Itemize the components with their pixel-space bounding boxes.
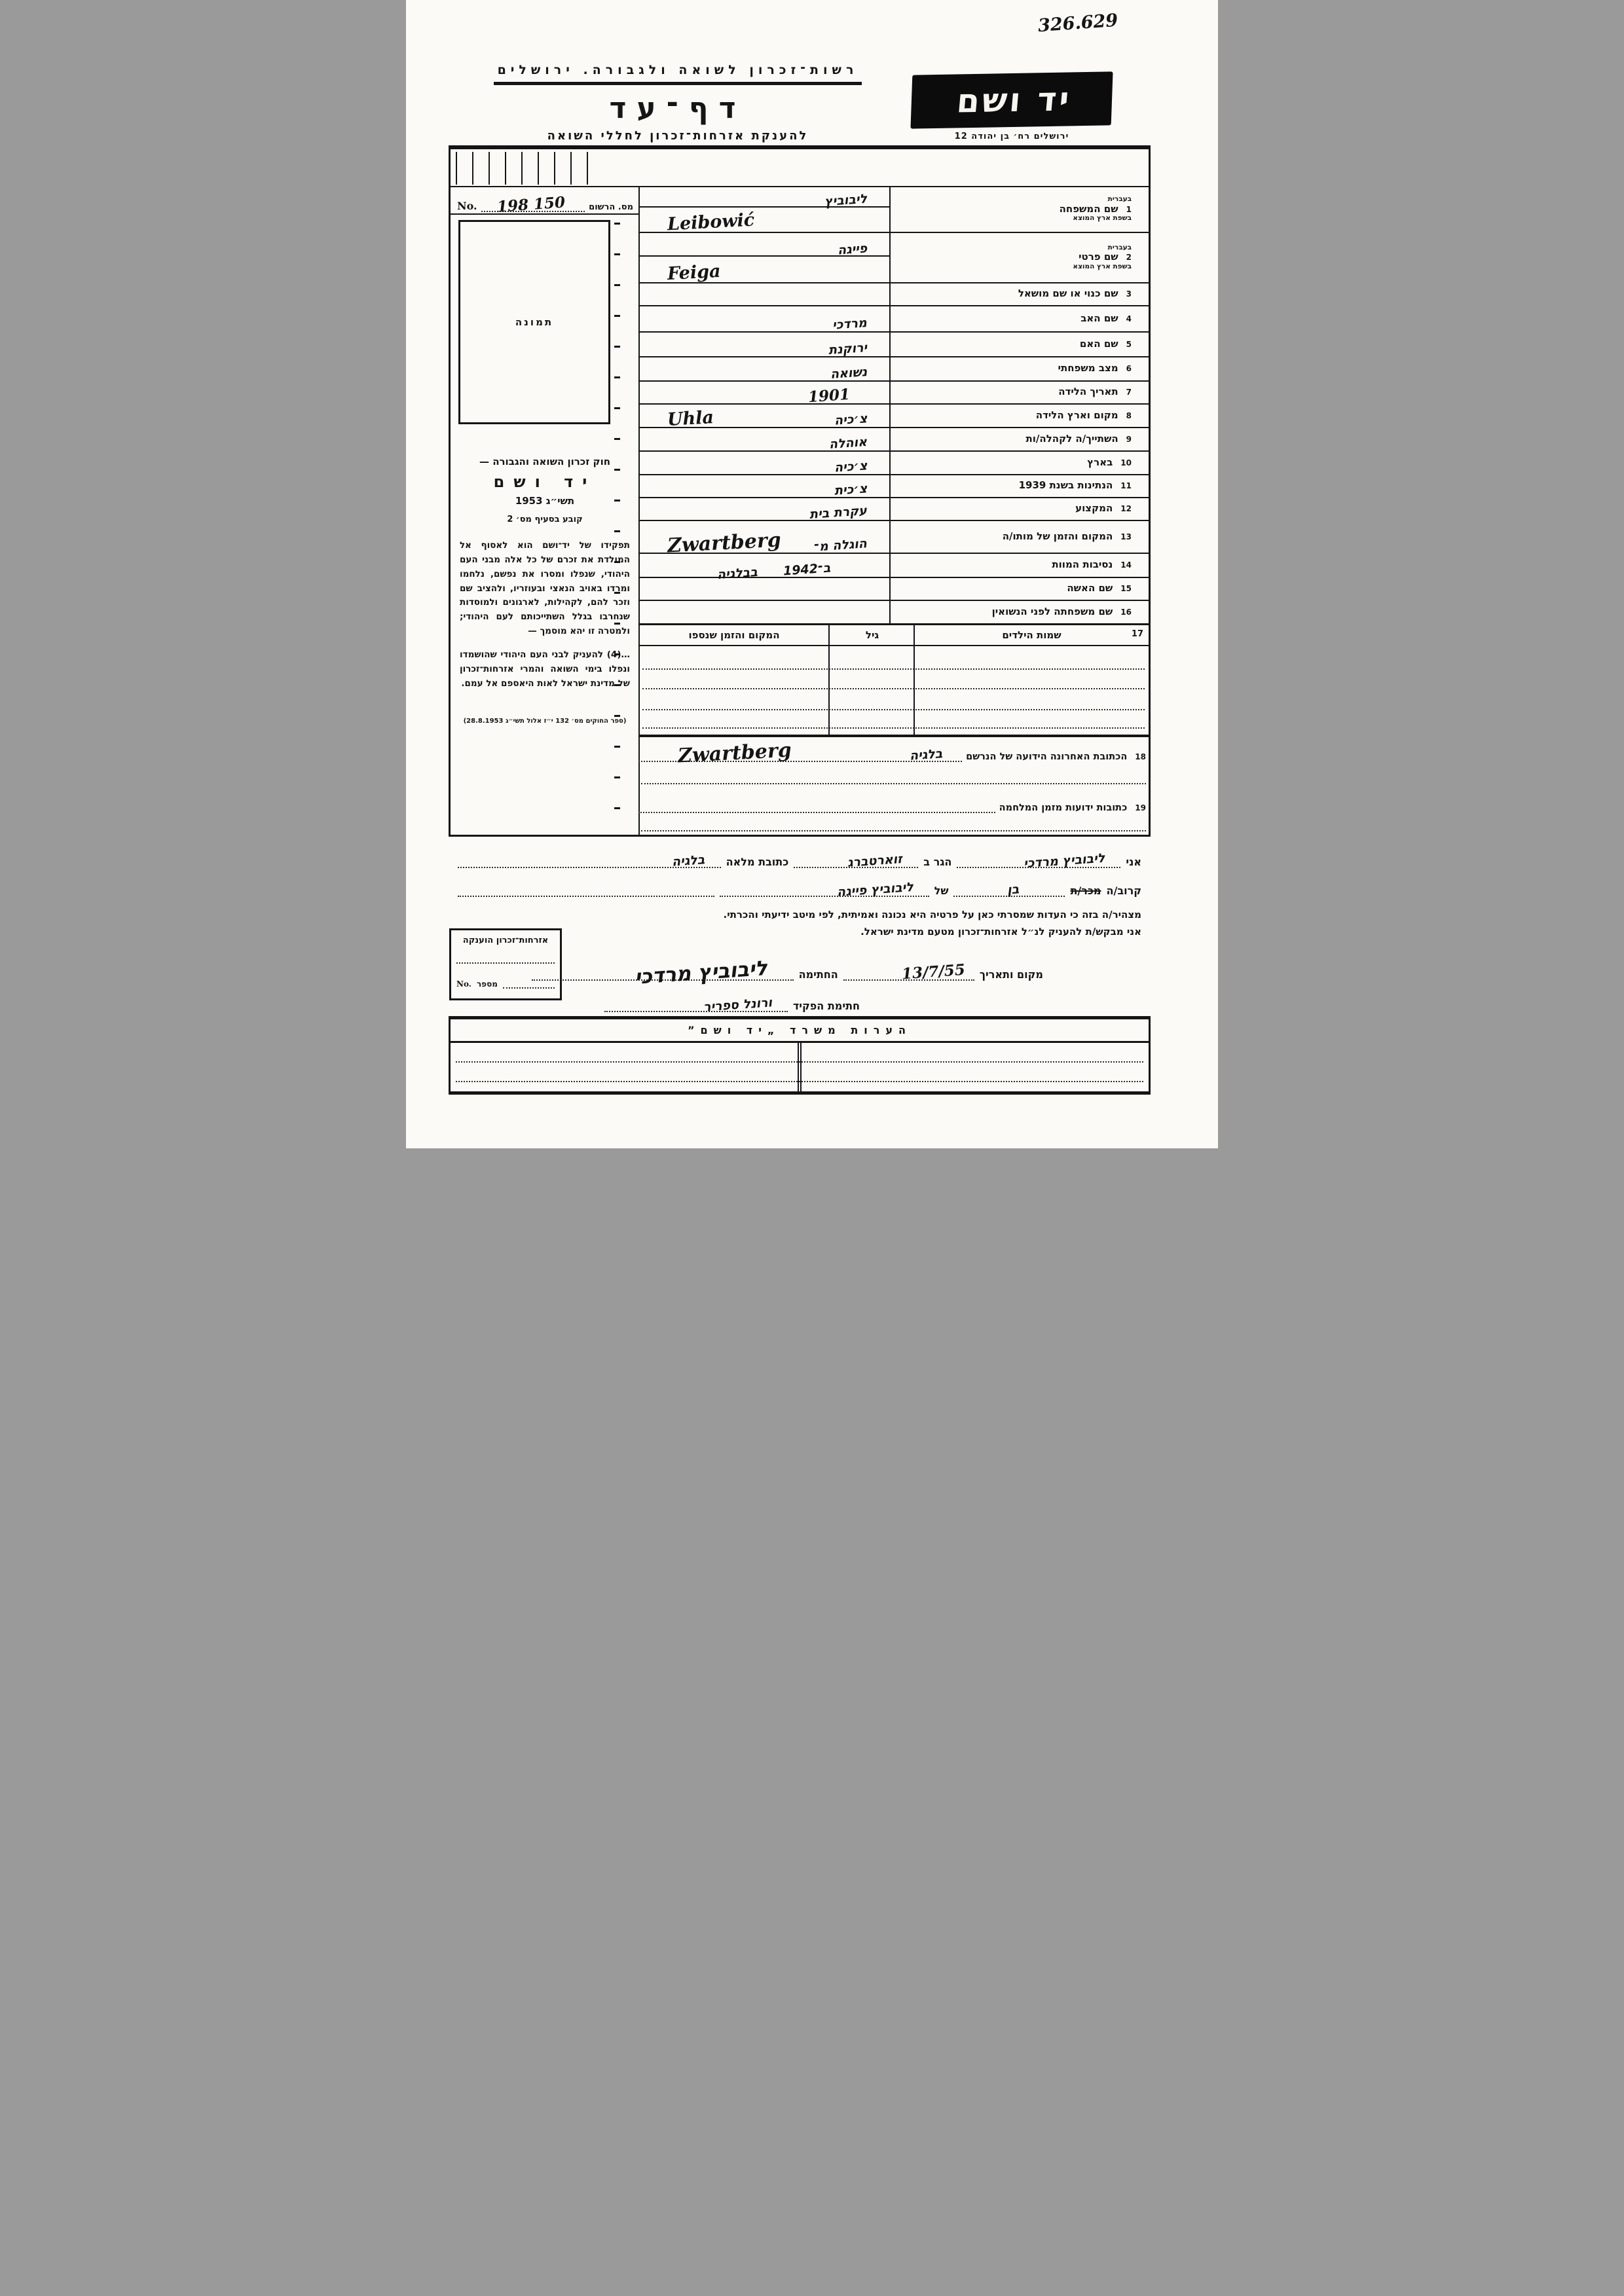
table-empty-row: [642, 709, 1145, 710]
struck-acquaintance-label: מכר/ת: [1070, 884, 1101, 897]
handwriting-last-address-hebrew: בלגיה: [909, 746, 943, 763]
handwriting-declarant-name: ליבוביץ מרדכי: [1023, 851, 1105, 871]
field-6-value: נשואה: [638, 357, 889, 380]
field-row-5: 5שם האם ירוקנת: [638, 333, 1149, 357]
table-empty-row: [642, 688, 1145, 689]
handwriting-nationality-1939: צ׳כית: [834, 481, 868, 498]
field-18-line: בלגיה Zwartberg: [638, 745, 962, 762]
page-of-testimony-document: 326.629 רשות־זכרון לשואה ולגבורה. ירושלי…: [406, 0, 1218, 1148]
logo-text: יד ושם: [953, 83, 1071, 118]
law-org-name: יד ושם: [460, 473, 630, 491]
field-16-value: [638, 601, 889, 623]
handwriting-surname-hebrew: ליבוביץ: [824, 192, 867, 209]
field-4-value: מרדכי: [638, 306, 889, 331]
handwriting-marital-status: נשואה: [830, 365, 868, 382]
field-13-value: הוגלה מ־ Zwartberg: [638, 521, 889, 553]
handwriting-father-name: מרדכי: [832, 316, 868, 333]
field-row-11: 11הנתינות בשנת 1939 צ׳כית: [638, 475, 1149, 498]
law-year: תשי״ג 1953: [460, 495, 630, 507]
document-header: רשות־זכרון לשואה ולגבורה. ירושלים דף־עד …: [452, 63, 904, 143]
field-15-value: [638, 578, 889, 600]
handwriting-victim-name: ליבוביץ פייגה: [836, 880, 913, 900]
registration-heb-label: מס. הרשום: [589, 202, 633, 212]
table-vline: [828, 625, 830, 735]
handwriting-date: 13/7/55: [901, 961, 965, 983]
field-row-2: בעברית 2שם פרטי בשפת ארץ המוצא פייגה Fei…: [638, 233, 1149, 283]
yad-vashem-logo: יד ושם ירושלים רח׳ בן יהודה 12: [912, 73, 1112, 141]
field-row-16: 16שם משפחתה לפני הנשואין: [638, 601, 1149, 623]
handwriting-birthplace-hebrew: צ׳כיה: [834, 411, 868, 428]
table-vline: [913, 625, 915, 735]
handwriting-surname-latin: Leibowić: [667, 210, 755, 235]
form-box: No. 198 150 מס. הרשום תמונה חוק זכרון הש…: [449, 145, 1151, 837]
victim-name-line: ליבוביץ פייגה: [720, 880, 929, 897]
field-row-9: 9השתייך/ה לקהלה/ות אוהלה: [638, 428, 1149, 452]
law-paragraph-1: תפקידו של יד־ושם הוא לאסוף אל המולדת את …: [460, 539, 630, 639]
page-subtitle: להענקת אזרחות־זכרון לחללי השואה: [452, 129, 904, 143]
handwriting-mother-name: ירוקנת: [828, 340, 868, 357]
field-19-extra-line: [641, 830, 1146, 831]
field-7-value: 1901: [638, 382, 889, 403]
archive-number-handwritten: 326.629: [1037, 10, 1118, 36]
law-citation: (ספר החוקים מס׳ 132 י״ז אלול תשי״ג 28.8.…: [460, 718, 630, 725]
law-clause: קובע בסעיף מס׳ 2: [460, 515, 630, 524]
grant-box-line: [456, 958, 555, 964]
field-row-4: 4שם האב מרדכי: [638, 306, 1149, 333]
authority-line: רשות־זכרון לשואה ולגבורה. ירושלים: [494, 63, 862, 85]
field-5-value: ירוקנת: [638, 333, 889, 356]
handwriting-death-place-latin: Zwartberg: [667, 528, 781, 557]
field-row-14: 14נסיבות המוות ב־1942 בבלגיה: [638, 554, 1149, 578]
office-notes-box: הערות משרד „יד ושם”: [449, 1016, 1151, 1095]
field-11-value: צ׳כית: [638, 475, 889, 497]
field-9-value: אוהלה: [638, 428, 889, 450]
notes-column-divider: [798, 1043, 802, 1091]
field-row-6: 6מצב משפחתי נשואה: [638, 357, 1149, 382]
registration-number-line: 198 150: [481, 195, 585, 212]
field-row-12: 12המקצוע עקרת בית: [638, 498, 1149, 521]
notes-empty-line: [456, 1081, 1143, 1082]
table-empty-row: [642, 668, 1145, 670]
page-title: דף־עד: [452, 92, 904, 125]
declarant-address-line: בלגיה: [458, 851, 721, 868]
handwriting-birth-year: 1901: [807, 386, 851, 406]
date-line: 13/7/55: [843, 964, 974, 981]
fields-area: בעברית 1שם המשפחה בשפת ארץ המוצא ליבוביץ…: [638, 187, 1149, 623]
field-8-value: צ׳כיה Uhla: [638, 405, 889, 427]
field-row-10: 10בארץ צ׳כיה: [638, 452, 1149, 475]
logo-stamp: יד ושם: [910, 71, 1113, 128]
field-10-value: צ׳כיה: [638, 452, 889, 474]
field-1-value: ליבוביץ Leibowić: [638, 187, 889, 232]
table-empty-row: [642, 727, 1145, 729]
law-paragraph-2: …(4) להעניק לבני העם היהודי שהושמדו ונפל…: [460, 648, 630, 691]
handwriting-death-place-hebrew: הוגלה מ־: [813, 536, 867, 555]
handwriting-firstname-hebrew: פייגה: [837, 241, 868, 257]
children-place-header: המקום והזמן שנספו: [638, 625, 830, 645]
declaration-statement: מצהיר/ה בזה כי העדות שמסרתי כאן על פרטיה…: [458, 909, 1141, 920]
field-1-label: בעברית 1שם המשפחה בשפת ארץ המוצא: [889, 187, 1149, 232]
field-2-label: בעברית 2שם פרטי בשפת ארץ המוצא: [889, 233, 1149, 282]
field-row-18: 18הכתובת האחרונה הידועה של הנרשם בלגיה Z…: [638, 737, 1149, 790]
children-table: 17 שמות הילדים גיל המקום והזמן שנספו: [638, 623, 1149, 737]
relation-line-rest: [458, 880, 714, 897]
declarant-residence-line: זוארטברג: [794, 851, 918, 868]
handwriting-declarant-residence: זוארטברג: [847, 852, 903, 870]
citizenship-grant-box: אזרחות־זכרון הוענקה No. מספר: [449, 928, 562, 1000]
field-17-number: 17: [1132, 629, 1143, 639]
grant-number-line: [503, 981, 555, 989]
handwriting-community: אוהלה: [828, 435, 867, 452]
field-row-3: 3שם כנוי או שם מושאל: [638, 283, 1149, 306]
handwriting-firstname-latin: Feiga: [667, 261, 721, 284]
handwriting-last-address-latin: Zwartberg: [677, 738, 792, 767]
field-row-15: 15שם האשה: [638, 578, 1149, 601]
photo-box: תמונה: [458, 220, 610, 424]
field-row-1: בעברית 1שם המשפחה בשפת ארץ המוצא ליבוביץ…: [638, 187, 1149, 233]
field-row-19: 19כתובות ידועות מזמן המלחמה: [638, 790, 1149, 835]
declaration-line-2: קרוב/ה מכר/ת בן של ליבוביץ פייגה: [458, 880, 1141, 897]
handwriting-death-year: ב־1942: [783, 561, 831, 579]
handwriting-relation: בן: [1007, 882, 1020, 897]
declarant-name-line: ליבוביץ מרדכי: [957, 851, 1120, 868]
grant-number-row: No. מספר: [456, 979, 555, 989]
children-table-header: 17 שמות הילדים גיל המקום והזמן שנספו: [638, 625, 1149, 646]
handwriting-birthplace-latin: Uhla: [667, 407, 714, 430]
signature-strip: ליבוביץ מרדכי: [532, 964, 794, 981]
grant-box-title: אזרחות־זכרון הוענקה: [456, 936, 555, 945]
handwriting-declarant-address: בלגיה: [672, 852, 706, 869]
law-panel: חוק זכרון השואה והגבורה — יד ושם תשי״ג 1…: [460, 456, 630, 725]
field-row-13: 13המקום והזמן של מותו/ה הוגלה מ־ Zwartbe…: [638, 521, 1149, 554]
perforation-marks: [451, 149, 1149, 187]
field-2-value: פייגה Feiga: [638, 233, 889, 282]
handwriting-country: צ׳כיה: [834, 458, 868, 475]
registration-number-row: No. 198 150 מס. הרשום: [451, 187, 638, 215]
children-age-header: גיל: [830, 625, 915, 645]
field-19-line: [638, 796, 995, 813]
relation-line: בן: [953, 880, 1065, 897]
law-heading: חוק זכרון השואה והגבורה —: [460, 456, 630, 467]
handwriting-profession: עקרת בית: [809, 503, 867, 522]
field-18-extra-line: [641, 783, 1146, 784]
field-12-value: עקרת בית: [638, 498, 889, 520]
field-3-value: [638, 283, 889, 305]
photo-box-label: תמונה: [515, 316, 553, 328]
field-row-8: 8מקום וארץ הלידה צ׳כיה Uhla: [638, 405, 1149, 428]
field-row-7: 7תאריך הלידה 1901: [638, 382, 1149, 405]
field-14-value: ב־1942 בבלגיה: [638, 554, 889, 577]
handwriting-clerk-signature: ורונל ספריר: [703, 995, 772, 1014]
logo-address: ירושלים רח׳ בן יהודה 12: [912, 132, 1112, 141]
notes-empty-line: [456, 1061, 1143, 1063]
registration-number-handwritten: 198 150: [496, 193, 566, 215]
no-label: No.: [457, 200, 477, 212]
office-notes-title: הערות משרד „יד ושם”: [451, 1019, 1149, 1043]
clerk-signature-strip: ורונל ספריר: [604, 995, 788, 1012]
children-names-header: 17 שמות הילדים: [915, 625, 1149, 645]
declaration-line-1: אני ליבוביץ מרדכי הגר ב זוארטברג כתובת מ…: [458, 851, 1141, 868]
handwriting-signature: ליבוביץ מרדכי: [634, 957, 768, 989]
